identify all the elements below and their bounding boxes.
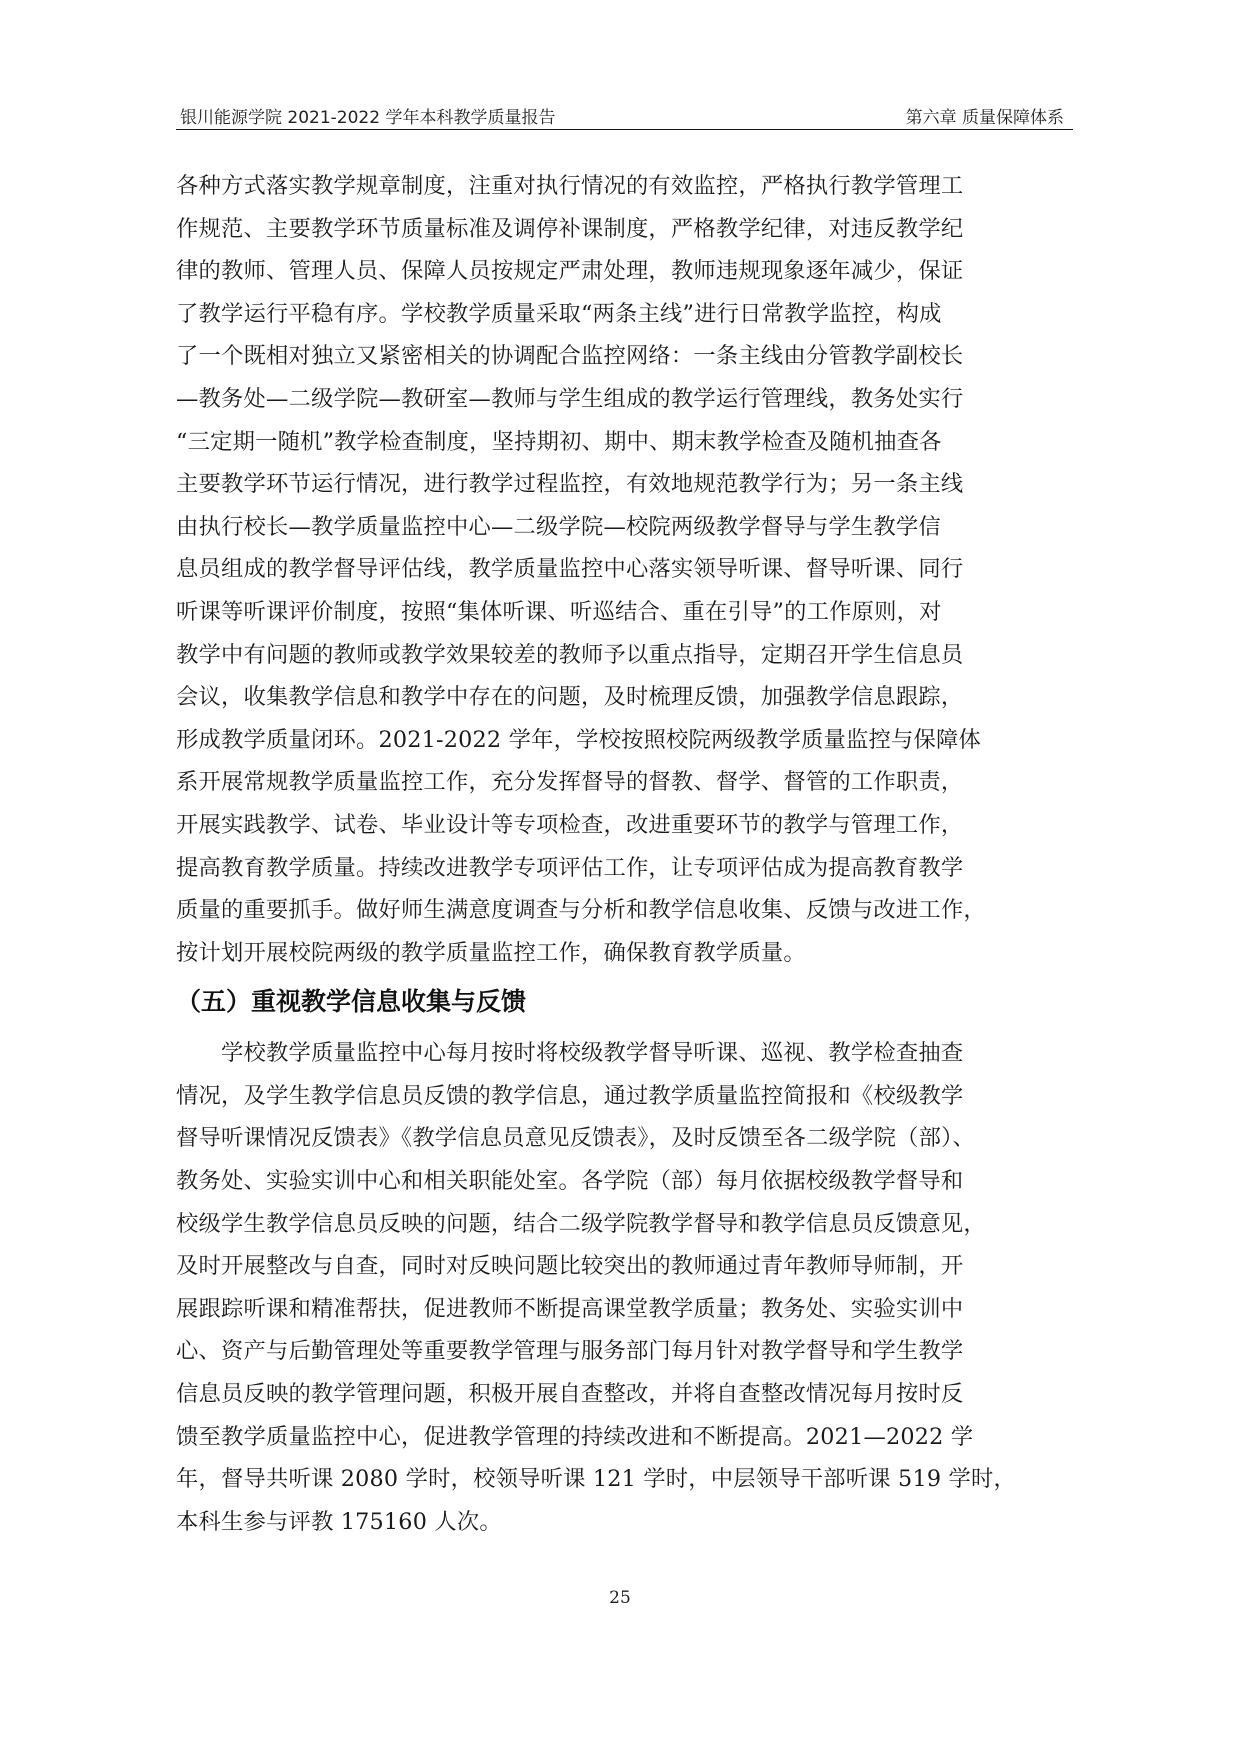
text-line: 展跟踪听课和精准帮扶，促进教师不断提高课堂教学质量；教务处、实验实训中 — [176, 1288, 1076, 1331]
page-number: 25 — [0, 1588, 1240, 1608]
paragraph-feedback: 学校教学质量监控中心每月按时将校级教学督导听课、巡视、教学检查抽查 情况，及学生… — [176, 1032, 1076, 1543]
text-line: —教务处—二级学院—教研室—教师与学生组成的教学运行管理线，教务处实行 — [176, 378, 1076, 421]
text-line: 了教学运行平稳有序。学校教学质量采取“两条主线”进行日常教学监控，构成 — [176, 293, 1076, 336]
text-line: 形成教学质量闭环。2021-2022 学年，学校按照校院两级教学质量监控与保障体 — [176, 719, 1076, 762]
text-line: 提高教育教学质量。持续改进教学专项评估工作，让专项评估成为提高教育教学 — [176, 847, 1076, 890]
text-line: 学校教学质量监控中心每月按时将校级教学督导听课、巡视、教学检查抽查 — [176, 1032, 1076, 1075]
text-line: 教学中有问题的教师或教学效果较差的教师予以重点指导，定期召开学生信息员 — [176, 634, 1076, 677]
text-line: 质量的重要抓手。做好师生满意度调查与分析和教学信息收集、反馈与改进工作， — [176, 889, 1076, 932]
text-line: 息员组成的教学督导评估线，教学质量监控中心落实领导听课、督导听课、同行 — [176, 548, 1076, 591]
text-line: 系开展常规教学质量监控工作，充分发挥督导的督教、督学、督管的工作职责， — [176, 761, 1076, 804]
text-line: 信息员反映的教学管理问题，积极开展自查整改，并将自查整改情况每月按时反 — [176, 1373, 1076, 1416]
report-title: 银川能源学院 2021-2022 学年本科教学质量报告 — [180, 103, 555, 128]
text-line: “三定期一随机”教学检查制度，坚持期初、期中、期末教学检查及随机抽查各 — [176, 421, 1076, 464]
text-line: 主要教学环节运行情况，进行教学过程监控，有效地规范教学行为；另一条主线 — [176, 463, 1076, 506]
header-divider — [176, 129, 1073, 130]
text-line: 本科生参与评教 175160 人次。 — [176, 1501, 1076, 1544]
page-header: 银川能源学院 2021-2022 学年本科教学质量报告 第六章 质量保障体系 — [176, 101, 1070, 129]
text-line: 及时开展整改与自查，同时对反映问题比较突出的教师通过青年教师导师制，开 — [176, 1245, 1076, 1288]
text-line: 了一个既相对独立又紧密相关的协调配合监控网络：一条主线由分管教学副校长 — [176, 335, 1076, 378]
text-line: 情况，及学生教学信息员反馈的教学信息，通过教学质量监控简报和《校级教学 — [176, 1075, 1076, 1118]
text-line: 年，督导共听课 2080 学时，校领导听课 121 学时，中层领导干部听课 51… — [176, 1458, 1076, 1501]
text-line: 督导听课情况反馈表》《教学信息员意见反馈表》，及时反馈至各二级学院（部）、 — [176, 1117, 1076, 1160]
chapter-title: 第六章 质量保障体系 — [906, 103, 1064, 128]
text-line: 按计划开展校院两级的教学质量监控工作，确保教育教学质量。 — [176, 932, 1076, 975]
text-line: 律的教师、管理人员、保障人员按规定严肃处理，教师违规现象逐年减少，保证 — [176, 250, 1076, 293]
text-line: 馈至教学质量监控中心，促进教学管理的持续改进和不断提高。2021—2022 学 — [176, 1416, 1076, 1459]
text-line: 心、资产与后勤管理处等重要教学管理与服务部门每月针对教学督导和学生教学 — [176, 1330, 1076, 1373]
text-line: 由执行校长—教学质量监控中心—二级学院—校院两级教学督导与学生教学信 — [176, 506, 1076, 549]
paragraph-quality-monitoring: 各种方式落实教学规章制度，注重对执行情况的有效监控，严格执行教学管理工 作规范、… — [176, 165, 1076, 974]
text-line: 开展实践教学、试卷、毕业设计等专项检查，改进重要环节的教学与管理工作， — [176, 804, 1076, 847]
text-line: 会议，收集教学信息和教学中存在的问题，及时梳理反馈，加强教学信息跟踪， — [176, 676, 1076, 719]
text-line: 校级学生教学信息员反映的问题，结合二级学院教学督导和教学信息员反馈意见， — [176, 1203, 1076, 1246]
section-heading: （五）重视教学信息收集与反馈 — [176, 980, 1076, 1024]
text-line: 各种方式落实教学规章制度，注重对执行情况的有效监控，严格执行教学管理工 — [176, 165, 1076, 208]
text-line: 听课等听课评价制度，按照“集体听课、听巡结合、重在引导”的工作原则，对 — [176, 591, 1076, 634]
page-body: 各种方式落实教学规章制度，注重对执行情况的有效监控，严格执行教学管理工 作规范、… — [176, 165, 1076, 1543]
text-line: 教务处、实验实训中心和相关职能处室。各学院（部）每月依据校级教学督导和 — [176, 1160, 1076, 1203]
text-line: 作规范、主要教学环节质量标准及调停补课制度，严格教学纪律，对违反教学纪 — [176, 208, 1076, 251]
